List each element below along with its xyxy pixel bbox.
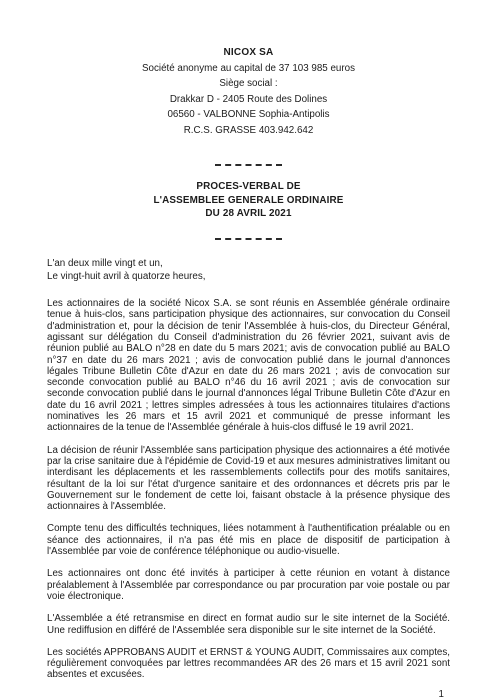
document-body: Les actionnaires de la société Nicox S.A… <box>47 298 450 681</box>
body-paragraph-commissaires: Les sociétés APPROBANS AUDIT et ERNST & … <box>47 647 450 681</box>
document-content: NICOX SA Société anonyme au capital de 3… <box>47 0 450 700</box>
body-paragraph-retransmission: L'Assemblée a été retransmise en direct … <box>47 613 450 636</box>
section-divider-bottom <box>215 238 282 240</box>
document-page: NICOX SA Société anonyme au capital de 3… <box>0 0 494 700</box>
title-line-3: DU 28 AVRIL 2021 <box>47 207 450 221</box>
siege-social-label: Siège social : <box>47 76 450 92</box>
intro-date-block: L'an deux mille vingt et un, Le vingt-hu… <box>47 257 450 283</box>
body-paragraph-difficultes-techniques: Compte tenu des difficultés techniques, … <box>47 523 450 557</box>
intro-time-line: Le vingt-huit avril à quatorze heures, <box>47 270 450 283</box>
address-line-2: 06560 - VALBONNE Sophia-Antipolis <box>47 107 450 123</box>
company-capital-line: Société anonyme au capital de 37 103 985… <box>47 61 450 77</box>
company-header: NICOX SA Société anonyme au capital de 3… <box>47 0 450 138</box>
section-divider-top <box>215 164 282 166</box>
address-line-1: Drakkar D - 2405 Route des Dolines <box>47 92 450 108</box>
company-name: NICOX SA <box>47 45 450 61</box>
page-number: 1 <box>47 689 450 700</box>
title-line-1: PROCES-VERBAL DE <box>47 180 450 194</box>
rcs-line: R.C.S. GRASSE 403.942.642 <box>47 123 450 139</box>
body-paragraph-huis-clos-motivation: La décision de réunir l'Assemblée sans p… <box>47 445 450 513</box>
body-paragraph-convocation: Les actionnaires de la société Nicox S.A… <box>47 298 450 434</box>
body-paragraph-vote-distance: Les actionnaires ont donc été invités à … <box>47 568 450 602</box>
intro-year-line: L'an deux mille vingt et un, <box>47 257 450 270</box>
title-line-2: L'ASSEMBLEE GENERALE ORDINAIRE <box>47 194 450 208</box>
document-title: PROCES-VERBAL DE L'ASSEMBLEE GENERALE OR… <box>47 180 450 221</box>
